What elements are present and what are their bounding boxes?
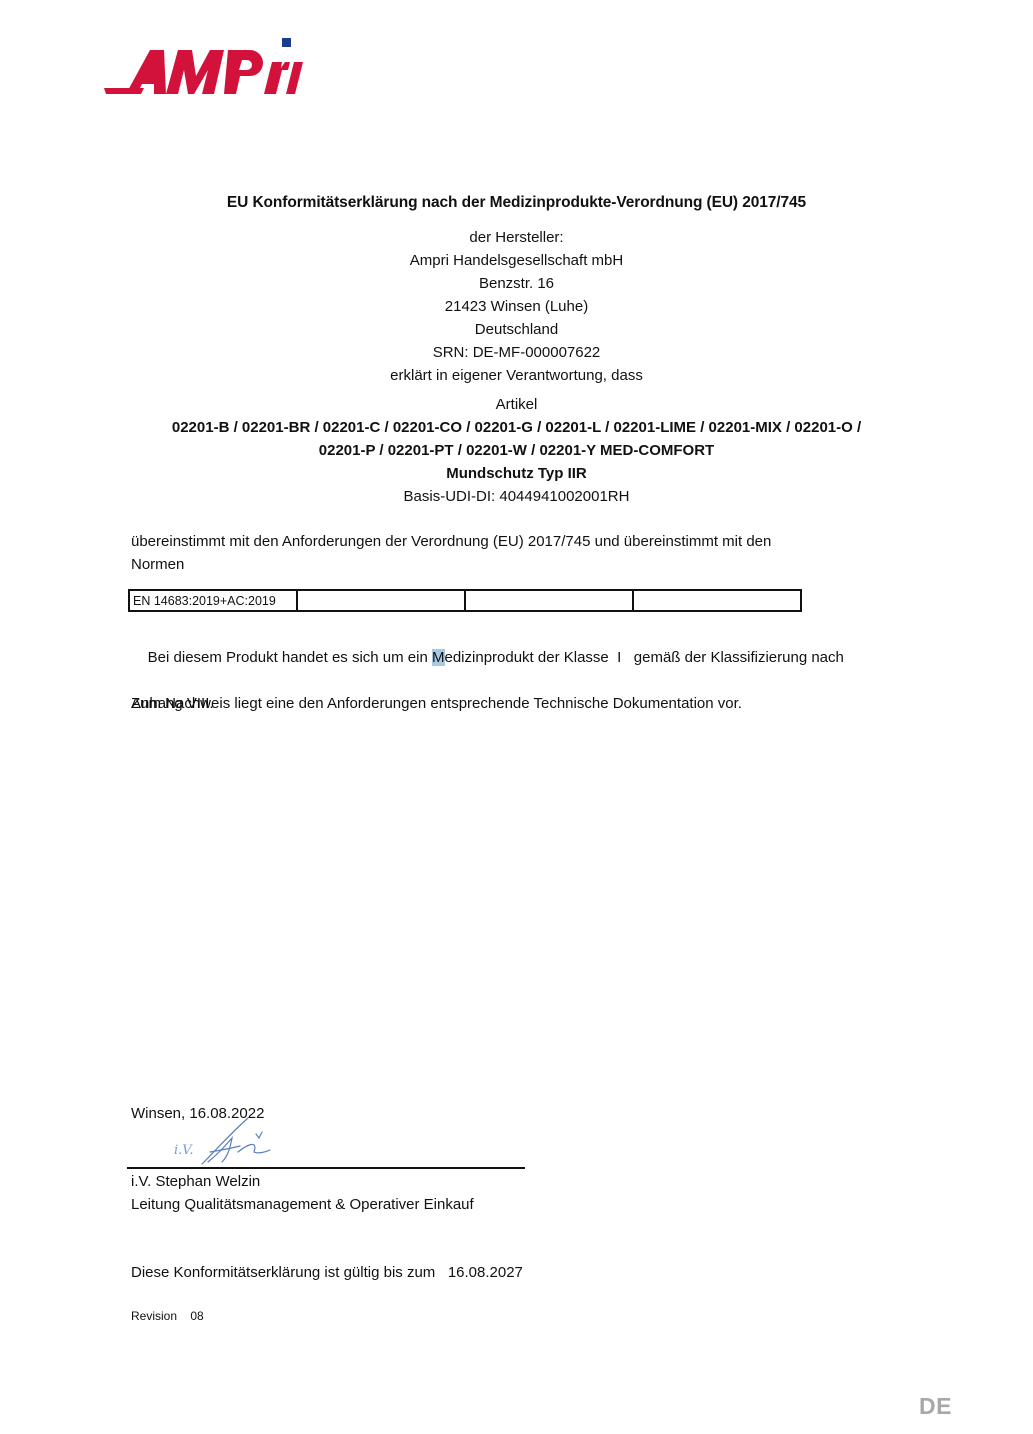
signatory-role: Leitung Qualitätsmanagement & Operativer… bbox=[131, 1193, 871, 1216]
conformity-text-line2: Normen bbox=[131, 553, 871, 576]
norms-row: EN 14683:2019+AC:2019 bbox=[129, 590, 801, 611]
manufacturer-declaration: erklärt in eigener Verantwortung, dass bbox=[0, 364, 1033, 387]
norm-cell bbox=[633, 590, 801, 611]
ampri-logo-icon bbox=[104, 36, 304, 100]
revision-number: 08 bbox=[190, 1309, 203, 1323]
norms-table: EN 14683:2019+AC:2019 bbox=[128, 589, 802, 612]
article-numbers-line1: 02201-B / 02201-BR / 02201-C / 02201-CO … bbox=[0, 416, 1033, 439]
manufacturer-city: 21423 Winsen (Luhe) bbox=[0, 295, 1033, 318]
manufacturer-name: Ampri Handelsgesellschaft mbH bbox=[0, 249, 1033, 272]
revision: Revision 08 bbox=[131, 1305, 871, 1328]
norm-cell: EN 14683:2019+AC:2019 bbox=[129, 590, 297, 611]
validity-statement: Diese Konformitätserklärung ist gültig b… bbox=[131, 1261, 871, 1284]
svg-text:i.V.: i.V. bbox=[174, 1143, 194, 1158]
manufacturer-label: der Hersteller: bbox=[0, 226, 1033, 249]
signatory-name: i.V. Stephan Welzin bbox=[131, 1170, 871, 1193]
classification-text-after: edizinprodukt der Klasse I gemäß der Kla… bbox=[445, 649, 844, 666]
classification-text-before: Bei diesem Produkt handet es sich um ein bbox=[148, 649, 432, 666]
signature: i.V. bbox=[170, 1116, 280, 1168]
conformity-text: übereinstimmt mit den Anforderungen der … bbox=[131, 530, 871, 576]
manufacturer-block: der Hersteller: Ampri Handelsgesellschaf… bbox=[0, 226, 1033, 387]
signatory-block: i.V. Stephan Welzin Leitung Qualitätsman… bbox=[131, 1170, 871, 1216]
validity-label: Diese Konformitätserklärung ist gültig b… bbox=[131, 1264, 435, 1281]
language-code: DE bbox=[919, 1393, 952, 1420]
handwritten-signature-icon: i.V. bbox=[170, 1116, 280, 1168]
validity-date: 16.08.2027 bbox=[448, 1264, 523, 1281]
revision-label: Revision bbox=[131, 1309, 177, 1323]
text-selection-highlight[interactable]: M bbox=[432, 649, 445, 666]
documentation-text: Zum Nachweis liegt eine den Anforderunge… bbox=[131, 692, 871, 715]
article-block: Artikel 02201-B / 02201-BR / 02201-C / 0… bbox=[0, 393, 1033, 508]
document-title: EU Konformitätserklärung nach der Medizi… bbox=[0, 194, 1033, 212]
article-numbers-line2: 02201-P / 02201-PT / 02201-W / 02201-Y M… bbox=[0, 439, 1033, 462]
conformity-text-line1: übereinstimmt mit den Anforderungen der … bbox=[131, 530, 871, 553]
basis-udi: Basis-UDI-DI: 4044941002001RH bbox=[0, 485, 1033, 508]
ampri-logo bbox=[104, 36, 304, 100]
signature-line bbox=[127, 1167, 525, 1169]
norm-cell bbox=[297, 590, 465, 611]
manufacturer-country: Deutschland bbox=[0, 318, 1033, 341]
product-name: Mundschutz Typ IIR bbox=[0, 462, 1033, 485]
article-label: Artikel bbox=[0, 393, 1033, 416]
manufacturer-street: Benzstr. 16 bbox=[0, 272, 1033, 295]
manufacturer-srn: SRN: DE-MF-000007622 bbox=[0, 341, 1033, 364]
norm-cell bbox=[465, 590, 633, 611]
